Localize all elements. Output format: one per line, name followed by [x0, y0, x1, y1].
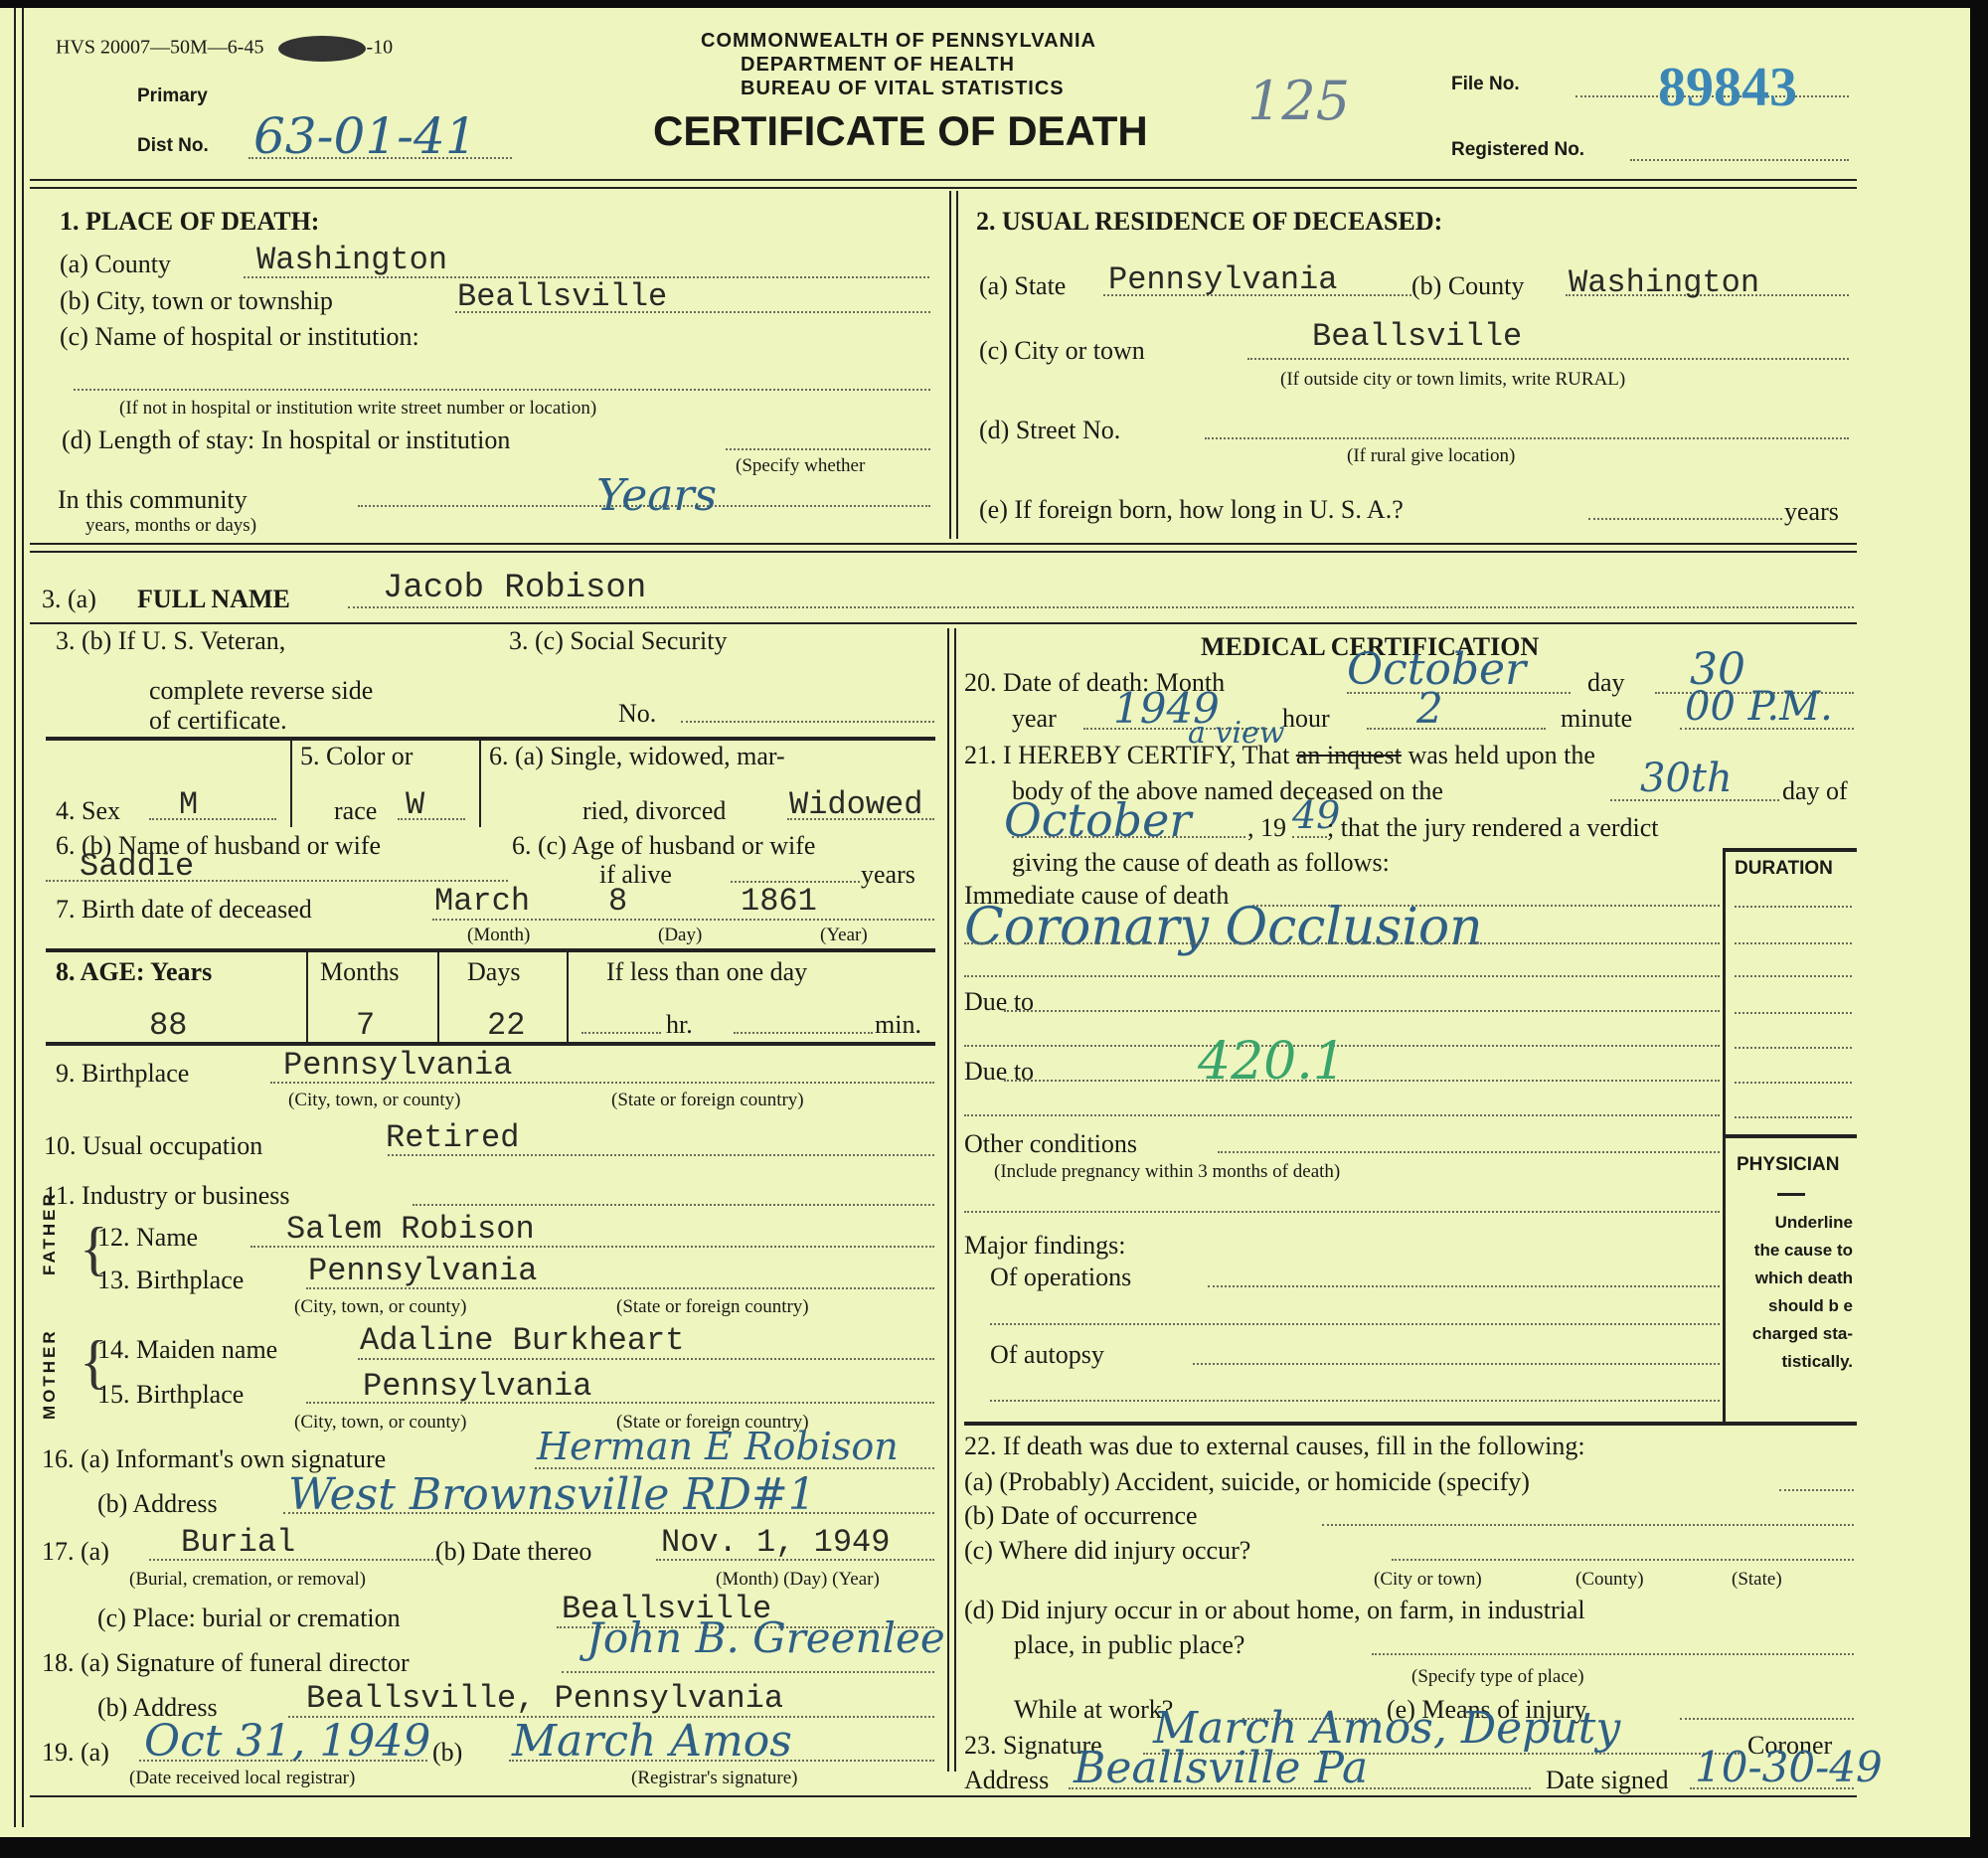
death-hour-value: 2 [1416, 684, 1443, 733]
informant-signature: Herman E Robison [537, 1425, 899, 1468]
page-title: CERTIFICATE OF DEATH [653, 107, 1148, 155]
dist-number: 63-01-41 [253, 107, 477, 165]
ss-number-field [681, 721, 934, 723]
death-minute-value: 00 P.M. [1685, 684, 1833, 730]
sex-value: M [179, 786, 198, 823]
marital-status-value: Widowed [789, 786, 922, 823]
file-number-stamp: 89843 [1658, 56, 1797, 119]
registrar-date-received: Oct 31, 1949 [144, 1716, 430, 1767]
primary-label: Primary [137, 85, 208, 107]
registered-no-label: Registered No. [1451, 139, 1584, 161]
coroner-address: Beallsville Pa [1074, 1743, 1368, 1793]
usual-residence-heading: 2. USUAL RESIDENCE OF DECEASED: [976, 207, 1442, 237]
father-birthplace-value: Pennsylvania [308, 1253, 537, 1289]
margin-note: 125 [1247, 70, 1350, 132]
father-name-value: Salem Robison [286, 1211, 535, 1248]
mother-side-label: MOTHER [40, 1328, 60, 1420]
left-border [14, 8, 16, 1827]
funeral-director-signature: John B. Greenlee [586, 1613, 945, 1662]
occupation-value: Retired [386, 1119, 519, 1156]
birthplace-value: Pennsylvania [283, 1047, 512, 1084]
informant-address: West Brownsville RD#1 [288, 1469, 816, 1520]
registrar-signature: March Amos [512, 1716, 792, 1767]
union-label-seal-icon [278, 36, 366, 62]
age-years-value: 88 [149, 1007, 187, 1044]
spouse-name-value: Saddie [80, 848, 194, 885]
mother-birthplace-value: Pennsylvania [363, 1368, 591, 1405]
death-certificate: HVS 20007—50M—6-45 -10 Primary Dist No. … [0, 8, 1970, 1837]
registered-no-field [1630, 159, 1849, 161]
form-code: HVS 20007—50M—6-45 -10 [56, 36, 393, 62]
hospital-field [74, 389, 930, 391]
community-length-value: Years [596, 470, 717, 521]
residence-county-value: Washington [1569, 264, 1759, 301]
place-of-death-heading: 1. PLACE OF DEATH: [60, 207, 319, 237]
burial-date-value: Nov. 1, 1949 [661, 1524, 890, 1561]
left-border-inner [22, 8, 24, 1827]
father-side-label: FATHER [40, 1191, 60, 1275]
birth-day-value: 8 [608, 883, 627, 920]
dist-label: Dist No. [137, 135, 209, 157]
inquest-day-value: 30th [1640, 756, 1733, 801]
inserted-text: a view [1188, 716, 1284, 751]
mother-maiden-name-value: Adaline Burkheart [360, 1322, 684, 1359]
duration-heading: DURATION [1735, 858, 1833, 880]
age-months-value: 7 [356, 1007, 375, 1044]
street-no-field [1205, 437, 1849, 439]
residence-state-value: Pennsylvania [1108, 261, 1337, 298]
agency-line-3: BUREAU OF VITAL STATISTICS [741, 78, 1065, 100]
struck-text: an inquest [1296, 741, 1402, 769]
birth-month-value: March [434, 883, 530, 920]
age-days-value: 22 [487, 1007, 525, 1044]
funeral-director-address: Beallsville, Pennsylvania [306, 1680, 783, 1717]
birth-year-value: 1861 [741, 883, 817, 920]
physician-instruction: Underline the cause to which death shoul… [1734, 1209, 1853, 1376]
physician-heading: PHYSICIAN [1737, 1154, 1839, 1176]
date-signed-value: 10-30-49 [1695, 1743, 1883, 1791]
agency-line-1: COMMONWEALTH OF PENNSYLVANIA [701, 30, 1096, 53]
immediate-cause-value: Coronary Occlusion [964, 898, 1483, 957]
death-city-value: Beallsville [457, 278, 667, 315]
inquest-month-value: October [1004, 793, 1191, 847]
disposition-value: Burial [181, 1524, 295, 1561]
file-no-label: File No. [1451, 74, 1520, 95]
cause-code-value: 420.1 [1198, 1032, 1346, 1092]
full-name-value: Jacob Robison [383, 570, 646, 607]
residence-city-value: Beallsville [1312, 318, 1522, 355]
race-value: W [406, 786, 424, 823]
agency-line-2: DEPARTMENT OF HEALTH [741, 54, 1015, 77]
industry-field [413, 1204, 934, 1206]
death-county-value: Washington [256, 242, 447, 278]
